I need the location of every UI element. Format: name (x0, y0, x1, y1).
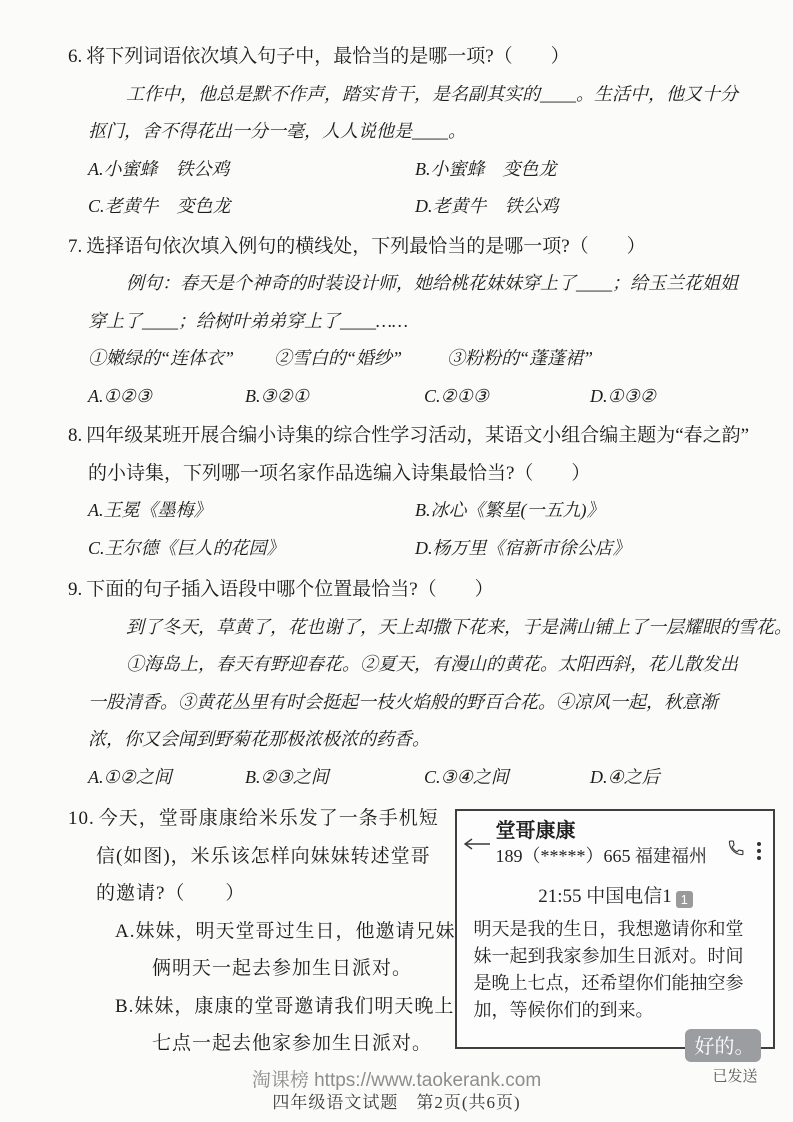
question-8-option-b: B.冰心《繁星(一五九)》 (415, 500, 604, 520)
question-9-option-b: B.②③之间 (245, 759, 424, 797)
question-10-stem-text-1: 今天，堂哥康康给米乐发了一条手机短 (99, 808, 439, 829)
question-7-passage-line-1: 例句：春天是个神奇的时装设计师，她给桃花妹妹穿上了____；给玉兰花姐姐 (0, 265, 793, 303)
sms-contact-name: 堂哥康康 (495, 819, 707, 844)
question-6-option-b: B.小蜜蜂 变色龙 (415, 159, 557, 179)
question-9-stem-text: 下面的句子插入语段中哪个位置最恰当?（ ） (86, 579, 493, 600)
sms-contact-number: 189（*****）665 福建福州 (495, 844, 707, 869)
question-9-number: 9. (68, 579, 82, 600)
question-6-options-row-1: A.小蜜蜂 铁公鸡B.小蜜蜂 变色龙 (0, 151, 793, 189)
watermark-url: 淘课榜 https://www.taokerank.com (0, 1070, 793, 1092)
question-10-stem-line-1: 10.今天，堂哥康康给米乐发了一条手机短 (0, 800, 455, 838)
sms-message-line-4: 加，等候你们的到来。 (473, 997, 759, 1024)
question-8-option-d: D.杨万里《宿新市徐公店》 (415, 538, 631, 558)
question-10-stem-line-3: 的邀请?（ ） (0, 875, 455, 913)
question-9-options-row: A.①②之间B.②③之间C.③④之间D.④之后 (0, 759, 793, 797)
more-options-icon (757, 842, 761, 860)
sms-screenshot: 堂哥康康 189（*****）665 福建福州 21:55 中国电信11 (455, 809, 775, 1049)
question-7-choice-1: ①嫩绿的“连体衣” (88, 340, 274, 378)
question-8-option-c: C.王尔德《巨人的花园》 (88, 530, 415, 568)
question-9-passage-line-4: 浓，你又会闻到野菊花那极浓极浓的药香。 (0, 721, 793, 759)
question-10-text-column: 10.今天，堂哥康康给米乐发了一条手机短 信(如图)，米乐该怎样向妹妹转述堂哥 … (0, 800, 455, 1063)
question-6-option-c: C.老黄牛 变色龙 (88, 188, 415, 226)
question-6-number: 6. (68, 46, 82, 67)
question-10-option-a-line-2: 俩明天一起去参加生日派对。 (0, 950, 455, 988)
question-10-option-b-line-2: 七点一起去他家参加生日派对。 (0, 1025, 455, 1063)
question-7-option-d: D.①③② (590, 386, 656, 406)
sms-header-icons (727, 825, 761, 863)
question-9-passage-line-1: 到了冬天，草黄了，花也谢了，天上却撒下花来，于是满山铺上了一层耀眼的雪花。 (0, 609, 793, 647)
question-10-number: 10. (68, 808, 95, 829)
sms-message-line-3: 是晚上七点，还希望你们能抽空参 (473, 970, 759, 997)
question-10: 10.今天，堂哥康康给米乐发了一条手机短 信(如图)，米乐该怎样向妹妹转述堂哥 … (0, 800, 793, 1063)
question-9-passage-line-2: ①海岛上，春天有野迎春花。②夏天，有漫山的黄花。太阳西斜，花儿散发出 (0, 646, 793, 684)
question-7-number: 7. (68, 236, 82, 257)
question-10-option-b-line-1: B.妹妹，康康的堂哥邀请我们明天晚上 (0, 988, 455, 1026)
question-7-option-c: C.②①③ (424, 378, 590, 416)
question-7-choice-2: ②雪白的“婚纱” (274, 340, 447, 378)
question-7-choices-row: ①嫩绿的“连体衣”②雪白的“婚纱”③粉粉的“蓬蓬裙” (0, 340, 793, 378)
question-6-stem-text: 将下列词语依次填入句子中，最恰当的是哪一项?（ ） (86, 46, 569, 67)
question-8-number: 8. (68, 425, 82, 446)
exam-page: 6.将下列词语依次填入句子中，最恰当的是哪一项?（ ） 工作中，他总是默不作声，… (0, 0, 793, 1122)
question-8-stem-text-1: 四年级某班开展合编小诗集的综合性学习活动，某语文小组合编主题为“春之韵” (86, 425, 749, 446)
question-7-stem-text: 选择语句依次填入例句的横线处，下列最恰当的是哪一项?（ ） (86, 236, 645, 257)
question-10-stem-line-2: 信(如图)，米乐该怎样向妹妹转述堂哥 (0, 838, 455, 876)
question-9-stem: 9.下面的句子插入语段中哪个位置最恰当?（ ） (0, 571, 793, 609)
question-7-options-row: A.①②③B.③②①C.②①③D.①③② (0, 378, 793, 416)
sms-time-carrier: 21:55 中国电信1 (538, 886, 672, 907)
question-9-option-c: C.③④之间 (424, 759, 590, 797)
sms-reply-bubble: 好的。 (685, 1029, 761, 1062)
sms-header: 堂哥康康 189（*****）665 福建福州 (457, 811, 773, 869)
question-9-option-a: A.①②之间 (88, 759, 245, 797)
question-9-passage-line-3: 一股清香。③黄花丛里有时会挺起一枝火焰般的野百合花。④凉风一起，秋意渐 (0, 684, 793, 722)
sms-reply-row: 好的。 (457, 1029, 773, 1062)
question-8-stem-line-1: 8.四年级某班开展合编小诗集的综合性学习活动，某语文小组合编主题为“春之韵” (0, 417, 793, 455)
question-7-option-b: B.③②① (245, 378, 424, 416)
question-8-option-a: A.王冕《墨梅》 (88, 492, 415, 530)
phone-call-icon (727, 839, 745, 863)
page-number-label: 四年级语文试题 第2页(共6页) (0, 1092, 793, 1114)
question-9: 9.下面的句子插入语段中哪个位置最恰当?（ ） 到了冬天，草黄了，花也谢了，天上… (0, 571, 793, 796)
question-8-stem-line-2: 的小诗集，下列哪一项名家作品选编入诗集最恰当?（ ） (0, 455, 793, 493)
exam-content: 6.将下列词语依次填入句子中，最恰当的是哪一项?（ ） 工作中，他总是默不作声，… (0, 0, 793, 1063)
question-8: 8.四年级某班开展合编小诗集的综合性学习活动，某语文小组合编主题为“春之韵” 的… (0, 417, 793, 567)
question-7-option-a: A.①②③ (88, 378, 245, 416)
question-7-passage-line-2: 穿上了____；给树叶弟弟穿上了____…… (0, 303, 793, 341)
question-7: 7.选择语句依次填入例句的横线处，下列最恰当的是哪一项?（ ） 例句：春天是个神… (0, 228, 793, 416)
sms-message-line-2: 妹一起到我家参加生日派对。时间 (473, 943, 759, 970)
question-6-stem: 6.将下列词语依次填入句子中，最恰当的是哪一项?（ ） (0, 38, 793, 76)
sms-contact-block: 堂哥康康 189（*****）665 福建福州 (495, 819, 707, 869)
back-arrow-icon (463, 837, 493, 851)
page-footer: 淘课榜 https://www.taokerank.com 四年级语文试题 第2… (0, 1070, 793, 1114)
sms-message-line-1: 明天是我的生日，我想邀请你和堂 (473, 916, 759, 943)
question-8-options-row-2: C.王尔德《巨人的花园》D.杨万里《宿新市徐公店》 (0, 530, 793, 568)
question-6-options-row-2: C.老黄牛 变色龙D.老黄牛 铁公鸡 (0, 188, 793, 226)
question-6-option-d: D.老黄牛 铁公鸡 (415, 196, 559, 216)
sms-timestamp: 21:55 中国电信11 (457, 881, 773, 908)
question-6-passage-line-1: 工作中，他总是默不作声，踏实肯干，是名副其实的____。生活中，他又十分 (0, 76, 793, 114)
question-7-choice-3: ③粉粉的“蓬蓬裙” (447, 348, 593, 368)
question-6-option-a: A.小蜜蜂 铁公鸡 (88, 151, 415, 189)
question-10-option-a-line-1: A.妹妹，明天堂哥过生日，他邀请兄妹 (0, 913, 455, 951)
sms-message: 明天是我的生日，我想邀请你和堂 妹一起到我家参加生日派对。时间 是晚上七点，还希… (457, 908, 773, 1024)
question-6: 6.将下列词语依次填入句子中，最恰当的是哪一项?（ ） 工作中，他总是默不作声，… (0, 38, 793, 226)
question-6-passage-line-2: 抠门，舍不得花出一分一毫，人人说他是____。 (0, 113, 793, 151)
question-8-options-row-1: A.王冕《墨梅》B.冰心《繁星(一五九)》 (0, 492, 793, 530)
sim-badge: 1 (676, 891, 693, 908)
question-7-stem: 7.选择语句依次填入例句的横线处，下列最恰当的是哪一项?（ ） (0, 228, 793, 266)
question-9-option-d: D.④之后 (590, 767, 660, 787)
